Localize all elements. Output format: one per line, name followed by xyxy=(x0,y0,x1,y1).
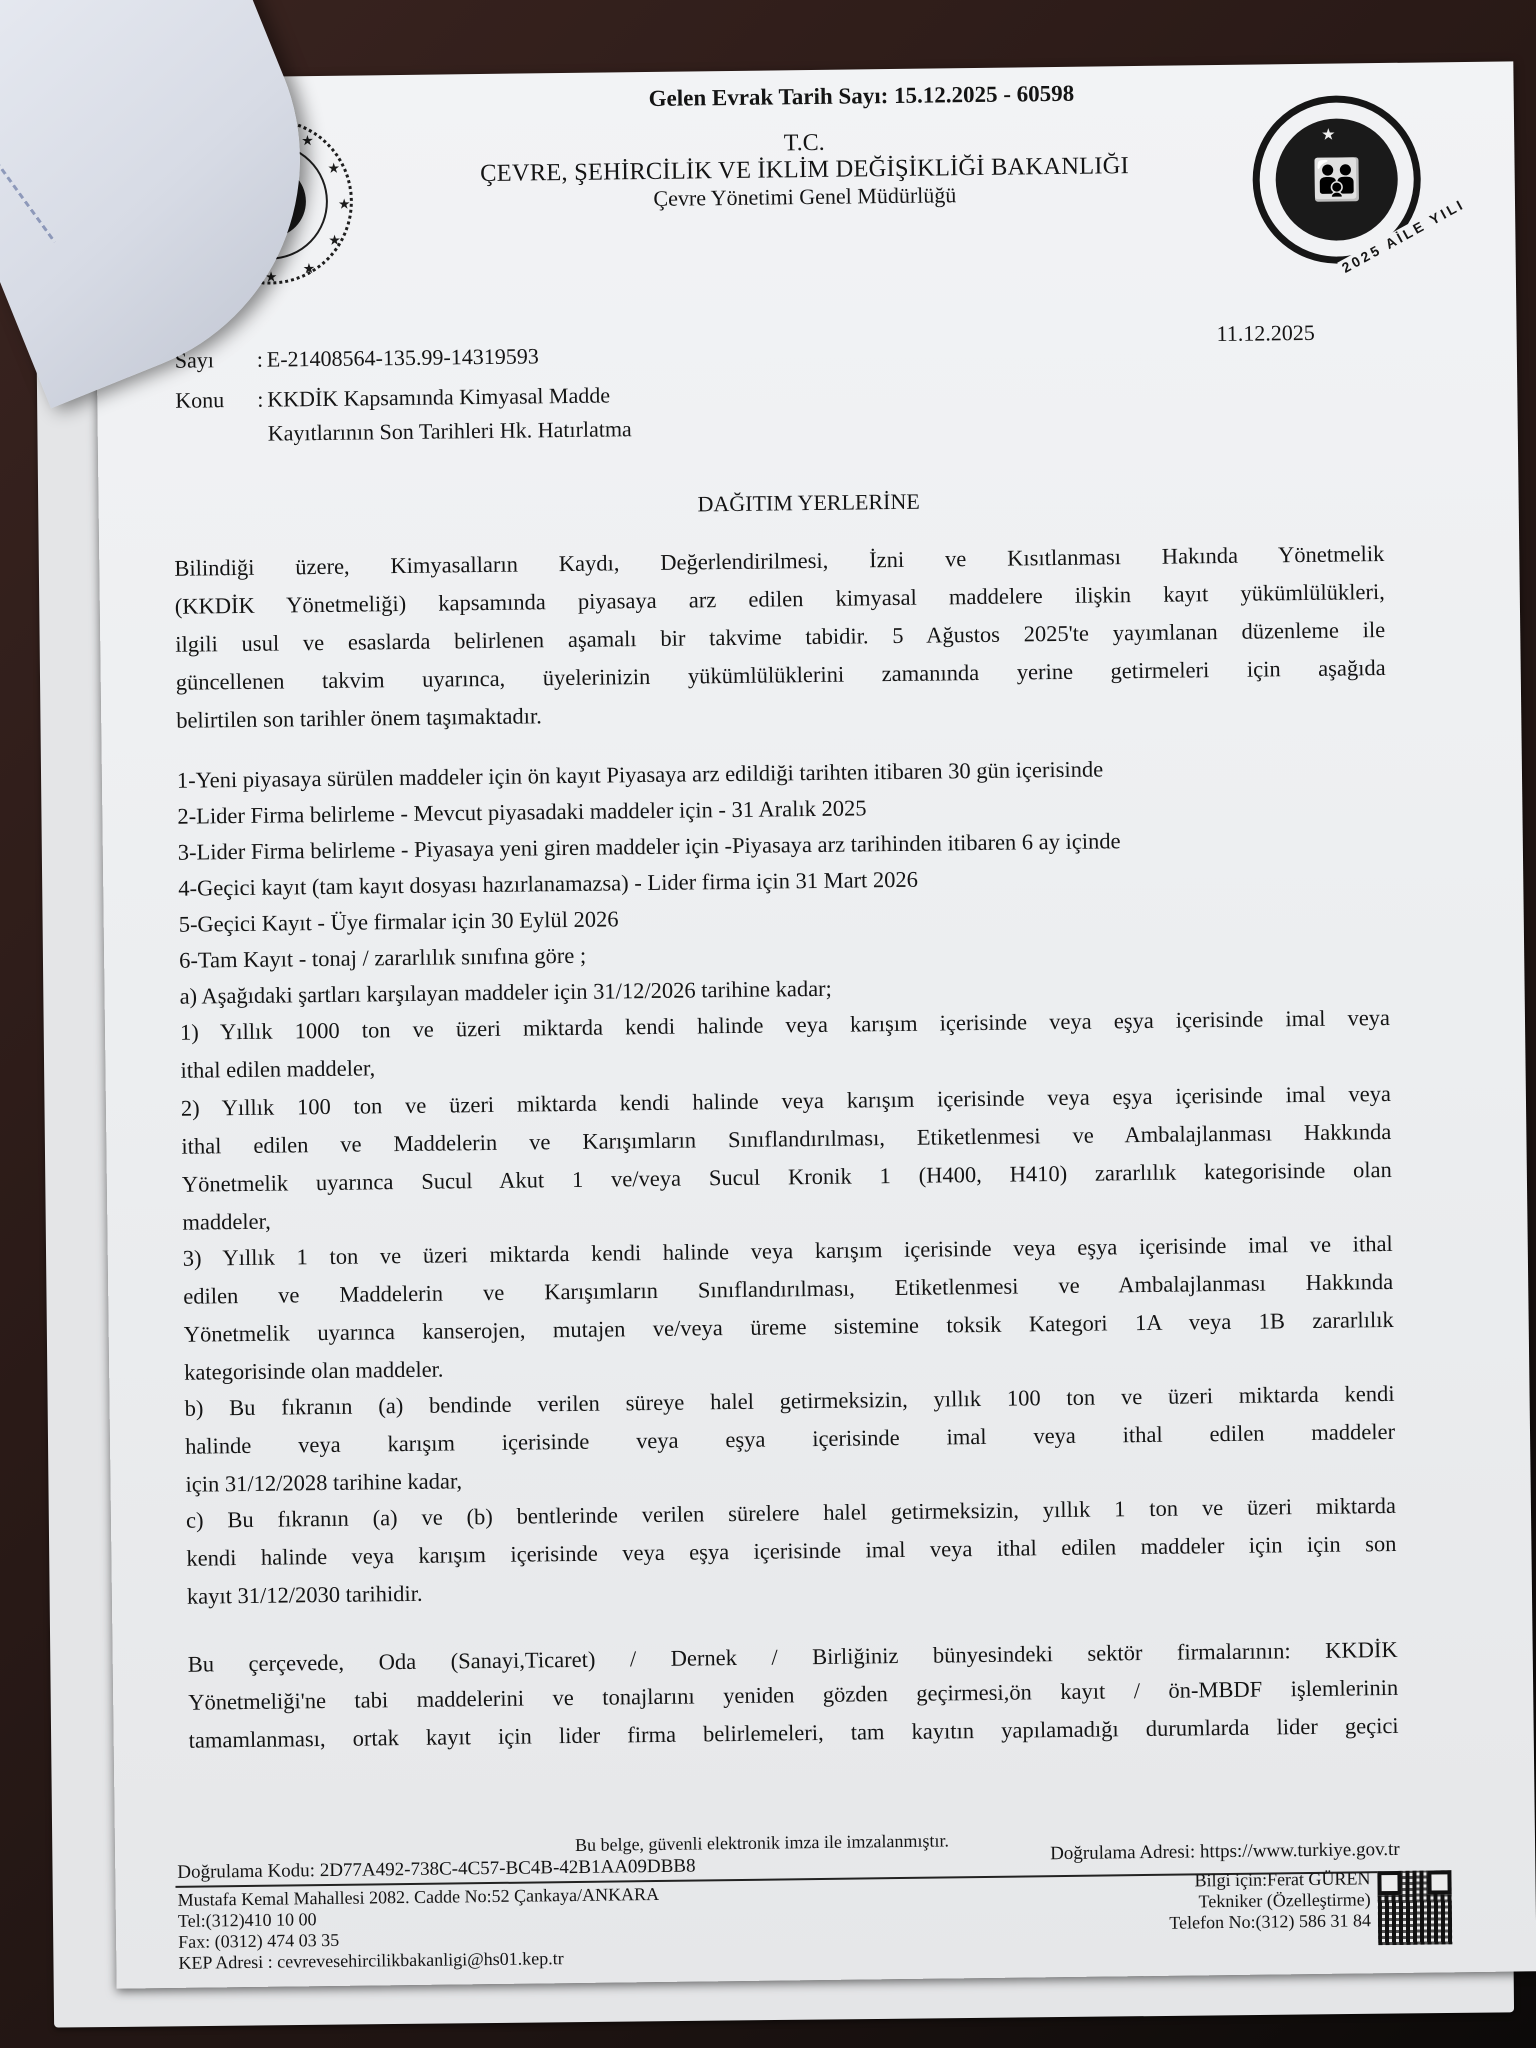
star-icon: ★ xyxy=(1321,125,1336,145)
clause-b-line: için 31/12/2028 tarihine kadar, xyxy=(185,1468,462,1497)
intro-line: Bilindiği üzere, Kimyasalların Kaydı, De… xyxy=(174,541,1384,582)
qr-code-icon xyxy=(1377,1870,1452,1945)
contact-info: Bilgi için:Ferat GÜREN Tekniker (Özelleş… xyxy=(1070,1868,1371,1935)
reference-number: Sayı:E-21408564-135.99-14319593 xyxy=(175,343,539,373)
clause-a2-line: Yönetmelik uyarınca Sucul Akut 1 ve/veya… xyxy=(182,1157,1392,1198)
konu-line-2: Kayıtlarının Son Tarihleri Hk. Hatırlatm… xyxy=(268,416,632,446)
clause-b-line: b) Bu fıkranın (a) bendinde verilen süre… xyxy=(184,1381,1394,1422)
verification-address: Doğrulama Adresi: https://www.turkiye.go… xyxy=(1050,1839,1400,1865)
subject: Konu:KKDİK Kapsamında Kimyasal Madde xyxy=(175,382,610,413)
clause-a1-line: ithal edilen maddeler, xyxy=(180,1055,375,1083)
konu-label: Konu xyxy=(175,387,257,414)
sayi-value: E-21408564-135.99-14319593 xyxy=(267,343,539,371)
clause-a3-line: kategorisinde olan maddeler. xyxy=(184,1357,444,1386)
clause-a3-line: Yönetmelik uyarınca kanserojen, mutajen … xyxy=(184,1307,1394,1348)
family-year-logo-icon: ★ 👪 2025 AİLE YILI xyxy=(1252,95,1422,265)
deadline-item: 4-Geçici kayıt (tam kayıt dosyası hazırl… xyxy=(178,867,918,902)
ministry-address: Mustafa Kemal Mahallesi 2082. Cadde No:5… xyxy=(178,1884,660,1974)
clause-c-line: kayıt 31/12/2030 tarihidir. xyxy=(187,1581,423,1610)
intro-line: ilgili usul ve esaslarda belirlenen aşam… xyxy=(175,617,1385,658)
closing-line: tamamlanması, ortak kayıt için lider fir… xyxy=(189,1713,1399,1754)
contact-phone: Telefon No:(312) 586 31 84 xyxy=(1071,1910,1371,1935)
kep-address-line: KEP Adresi : cevrevesehircilikbakanligi@… xyxy=(178,1947,660,1974)
closing-line: Bu çerçevede, Oda (Sanayi,Ticaret) / Der… xyxy=(188,1637,1398,1678)
document-page: Gelen Evrak Tarih Sayı: 15.12.2025 - 605… xyxy=(93,61,1536,1988)
clause-b-line: halinde veya karışım içerisinde veya eşy… xyxy=(185,1419,1395,1460)
intro-line: (KKDİK Yönetmeliği) kapsamında piyasaya … xyxy=(175,579,1385,620)
deadline-item: 2-Lider Firma belirleme - Mevcut piyasad… xyxy=(177,795,866,829)
deadline-item: 1-Yeni piyasaya sürülen maddeler için ön… xyxy=(177,756,1103,793)
clause-a2-line: ithal edilen ve Maddelerin ve Karışımlar… xyxy=(181,1119,1391,1160)
clause-a2-line: 2) Yıllık 100 ton ve üzeri miktarda kend… xyxy=(181,1081,1391,1122)
document-date: 11.12.2025 xyxy=(1216,320,1314,347)
clause-a1-line: 1) Yıllık 1000 ton ve üzeri miktarda ken… xyxy=(180,1005,1390,1046)
closing-line: Yönetmeliği'ne tabi maddelerini ve tonaj… xyxy=(188,1675,1398,1716)
incoming-document-stamp: Gelen Evrak Tarih Sayı: 15.12.2025 - 605… xyxy=(649,81,1075,112)
deadline-item: 6-Tam Kayıt - tonaj / zararlılık sınıfın… xyxy=(179,943,586,974)
deadline-item: 5-Geçici Kayıt - Üye firmalar için 30 Ey… xyxy=(179,906,619,937)
konu-line-1: KKDİK Kapsamında Kimyasal Madde xyxy=(267,382,610,411)
clause-a2-line: maddeler, xyxy=(182,1209,271,1236)
clause-a3-line: 3) Yıllık 1 ton ve üzeri miktarda kendi … xyxy=(183,1231,1393,1272)
family-hands-icon: 👪 xyxy=(1275,118,1398,241)
intro-line: güncellenen takvim uyarınca, üyelerinizi… xyxy=(176,655,1386,696)
intro-line: belirtilen son tarihler önem taşımaktadı… xyxy=(176,703,542,733)
clause-c-line: c) Bu fıkranın (a) ve (b) bentlerinde ve… xyxy=(186,1493,1396,1534)
clause-a3-line: edilen ve Maddelerin ve Karışımların Sın… xyxy=(183,1269,1393,1310)
deadline-item: 3-Lider Firma belirleme - Piyasaya yeni … xyxy=(178,828,1121,866)
stamp-trace xyxy=(0,79,56,243)
clause-c-line: kendi halinde veya karışım içerisinde ve… xyxy=(186,1531,1396,1572)
recipient-heading: DAĞITIM YERLERİNE xyxy=(99,481,1519,524)
esign-notice: Bu belge, güvenli elektronik imza ile im… xyxy=(575,1830,949,1856)
clause-a-title: a) Aşağıdaki şartları karşılayan maddele… xyxy=(179,976,832,1010)
